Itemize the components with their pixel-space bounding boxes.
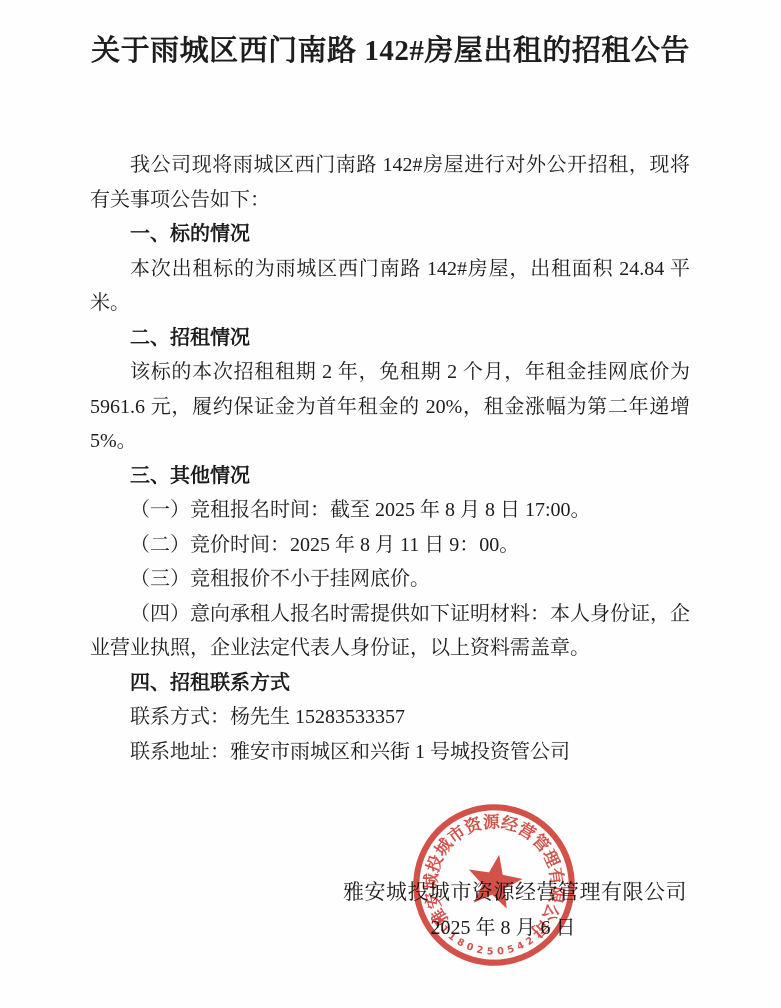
intro-paragraph: 我公司现将雨城区西门南路 142#房屋进行对外公开招租，现将有关事项公告如下： <box>90 148 690 217</box>
signature-company: 雅安城投城市资源经营管理有限公司 <box>343 876 687 906</box>
section-3-item-1: （一）竞租报名时间：截至 2025 年 8 月 8 日 17:00。 <box>90 493 690 528</box>
section-2-paragraph: 该标的本次招租租期 2 年，免租期 2 个月，年租金挂网底价为 5961.6 元… <box>90 355 690 459</box>
section-1-paragraph: 本次出租标的为雨城区西门南路 142#房屋，出租面积 24.84 平米。 <box>90 252 690 321</box>
section-heading-3: 三、其他情况 <box>90 459 690 494</box>
contact-address-line: 联系地址：雅安市雨城区和兴街 1 号城投资管公司 <box>90 735 690 770</box>
section-heading-2: 二、招租情况 <box>90 321 690 356</box>
signature-date: 2025 年 8 月 6 日 <box>343 911 663 940</box>
section-heading-1: 一、标的情况 <box>90 217 690 252</box>
section-3-item-4: （四）意向承租人报名时需提供如下证明材料：本人身份证，企业营业执照，企业法定代表… <box>90 597 690 666</box>
section-3-item-3: （三）竞租报价不小于挂网底价。 <box>90 562 690 597</box>
contact-phone-line: 联系方式：杨先生 15283533357 <box>90 700 690 735</box>
document-body: 我公司现将雨城区西门南路 142#房屋进行对外公开招租，现将有关事项公告如下： … <box>90 148 690 769</box>
document-title: 关于雨城区西门南路 142#房屋出租的招租公告 <box>60 30 721 73</box>
section-3-item-2: （二）竞价时间：2025 年 8 月 11 日 9：00。 <box>90 528 690 563</box>
document-page: 关于雨城区西门南路 142#房屋出租的招租公告 我公司现将雨城区西门南路 142… <box>0 0 781 1008</box>
section-heading-4: 四、招租联系方式 <box>90 666 690 701</box>
